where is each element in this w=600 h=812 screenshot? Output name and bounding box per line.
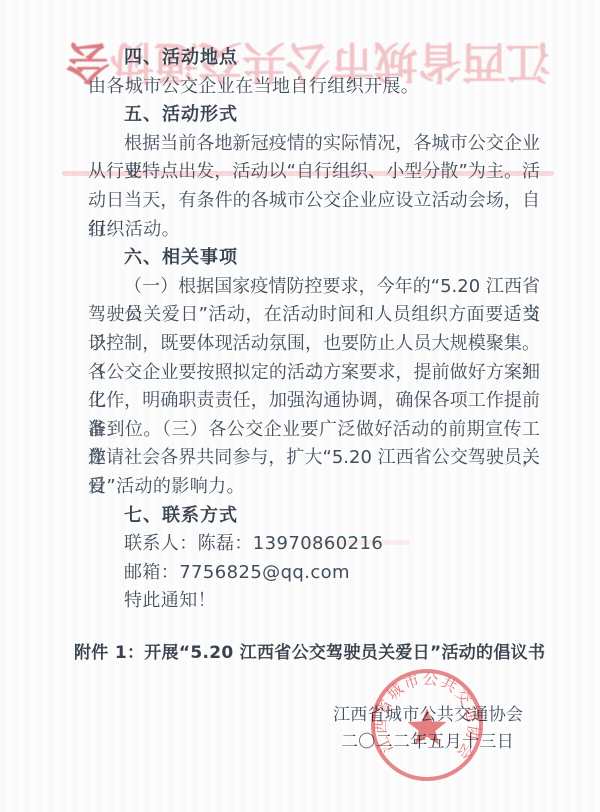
body-line: 组织活动。 [88,216,540,245]
section-heading: 五、活动形式 [88,101,540,130]
contact-person-line: 联系人：陈磊：13970860216 [88,530,540,559]
signature-organization: 江西省城市公共交通协会 [333,700,523,725]
notice-body: 四、活动地点 由各城市公交企业在当地自行组织开展。 五、活动形式 根据当前各地新… [88,44,540,616]
seal-ring [373,671,481,779]
body-line: 根据当前各地新冠疫情的实际情况，各城市公交企业要 [88,130,540,159]
section-heading: 四、活动地点 [88,44,540,73]
document-page: 江西省城市公共交通协 会 四、活动地点 由各城市公交企业在当地自行组织开展。 五… [0,0,600,812]
official-seal-stamp: 江西省城市公共交通协会 [366,664,488,786]
body-line: （一）根据国家疫情防控要求，今年的“5.20 江西省公交 [88,273,540,302]
attachment-line: 附件 1：开展“5.20 江西省公交驾驶员关爱日”活动的倡议书 [74,638,544,663]
body-line: 从行业特点出发，活动以“自行组织、小型分散”为主。活 [88,158,540,187]
body-line: 邀请社会各界共同参与，扩大“5.20 江西省公交驾驶员关爱 [88,444,540,473]
body-line: 工作，明确职责责任，加强沟通协调，确保各项工作提前准 [88,387,540,416]
body-line: 各公交企业要按照拟定的活动方案要求，提前做好方案细化 [88,359,540,388]
body-line: 驾驶员关爱日”活动，在活动时间和人员组织方面要适当予 [88,301,540,330]
body-line: 由各城市公交企业在当地自行组织开展。 [88,73,540,102]
section-heading: 七、联系方式 [88,502,540,531]
body-line: 以控制，既要体现活动氛围，也要防止人员大规模聚集。（二） [88,330,540,359]
signature-date: 二〇二二年五月十三日 [341,727,514,752]
body-line: 日”活动的影响力。 [88,473,540,502]
body-line: 备到位。（三）各公交企业要广泛做好活动的前期宣传工作， [88,416,540,445]
contact-email-line: 邮箱：7756825@qq.com [88,559,540,588]
section-heading: 六、相关事项 [88,244,540,273]
notice-closing-line: 特此通知！ [88,587,540,616]
body-line: 动日当天，有条件的各城市公交企业应设立活动会场，自行 [88,187,540,216]
